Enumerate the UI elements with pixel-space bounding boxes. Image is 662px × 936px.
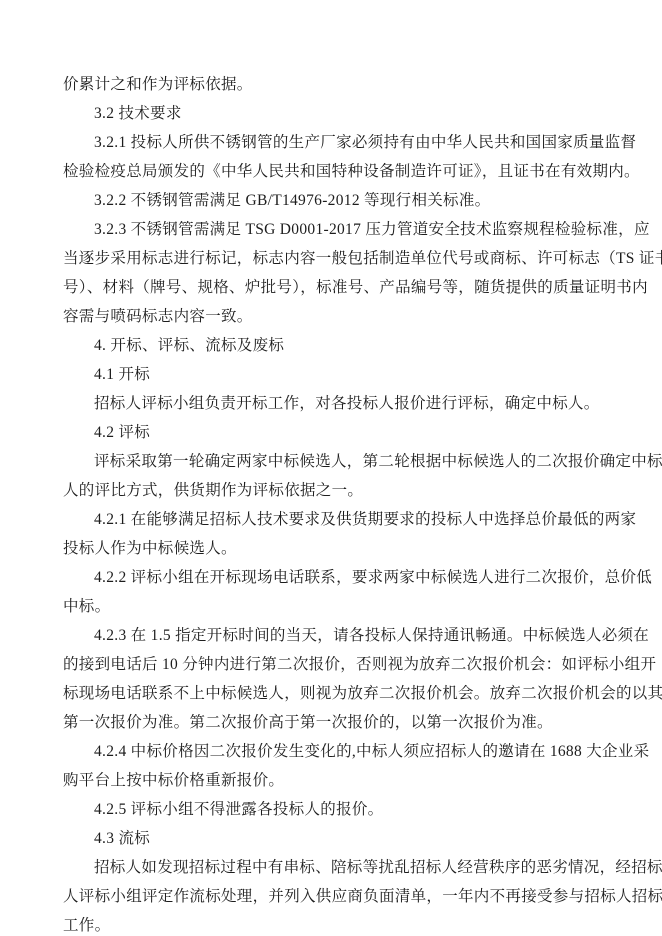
text-line: 当逐步采用标志进行标记，标志内容一般包括制造单位代号或商标、许可标志（TS 证书 — [63, 244, 600, 273]
text-line: 3.2 技术要求 — [63, 99, 600, 128]
document-page: 价累计之和作为评标依据。3.2 技术要求3.2.1 投标人所供不锈钢管的生产厂家… — [0, 0, 662, 936]
text-line: 4.2.5 评标小组不得泄露各投标人的报价。 — [63, 795, 600, 824]
text-line: 第一次报价为准。第二次报价高于第一次报价的，以第一次报价为准。 — [63, 708, 600, 737]
text-line: 评标采取第一轮确定两家中标候选人，第二轮根据中标候选人的二次报价确定中标 — [63, 447, 600, 476]
text-line: 招标人如发现招标过程中有串标、陪标等扰乱招标人经营秩序的恶劣情况，经招标 — [63, 853, 600, 882]
text-line: 4.2.3 在 1.5 指定开标时间的当天，请各投标人保持通讯畅通。中标候选人必… — [63, 621, 600, 650]
text-line: 中标。 — [63, 592, 600, 621]
document-body: 价累计之和作为评标依据。3.2 技术要求3.2.1 投标人所供不锈钢管的生产厂家… — [63, 70, 600, 936]
text-line: 3.2.1 投标人所供不锈钢管的生产厂家必须持有由中华人民共和国国家质量监督 — [63, 128, 600, 157]
text-line: 3.2.3 不锈钢管需满足 TSG D0001-2017 压力管道安全技术监察规… — [63, 215, 600, 244]
text-line: 的接到电话后 10 分钟内进行第二次报价，否则视为放弃二次报价机会：如评标小组开 — [63, 650, 600, 679]
text-line: 标现场电话联系不上中标候选人，则视为放弃二次报价机会。放弃二次报价机会的以其 — [63, 679, 600, 708]
text-line: 人评标小组评定作流标处理，并列入供应商负面清单，一年内不再接受参与招标人招标 — [63, 882, 600, 911]
text-line: 招标人评标小组负责开标工作，对各投标人报价进行评标，确定中标人。 — [63, 389, 600, 418]
text-line: 3.2.2 不锈钢管需满足 GB/T14976-2012 等现行相关标准。 — [63, 186, 600, 215]
text-line: 4.2.1 在能够满足招标人技术要求及供货期要求的投标人中选择总价最低的两家 — [63, 505, 600, 534]
text-line: 4.1 开标 — [63, 360, 600, 389]
text-line: 价累计之和作为评标依据。 — [63, 70, 600, 99]
text-line: 购平台上按中标价格重新报价。 — [63, 766, 600, 795]
text-line: 号）、材料（牌号、规格、炉批号），标准号、产品编号等，随货提供的质量证明书内 — [63, 273, 600, 302]
text-line: 4.2 评标 — [63, 418, 600, 447]
text-line: 检验检疫总局颁发的《中华人民共和国特种设备制造许可证》，且证书在有效期内。 — [63, 157, 600, 186]
text-line: 4.2.4 中标价格因二次报价发生变化的,中标人须应招标人的邀请在 1688 大… — [63, 737, 600, 766]
text-line: 投标人作为中标候选人。 — [63, 534, 600, 563]
text-line: 人的评比方式，供货期作为评标依据之一。 — [63, 476, 600, 505]
text-line: 4. 开标、评标、流标及废标 — [63, 331, 600, 360]
text-line: 4.2.2 评标小组在开标现场电话联系，要求两家中标候选人进行二次报价，总价低 — [63, 563, 600, 592]
text-line: 容需与喷码标志内容一致。 — [63, 302, 600, 331]
text-line: 工作。 — [63, 911, 600, 936]
text-line: 4.3 流标 — [63, 824, 600, 853]
